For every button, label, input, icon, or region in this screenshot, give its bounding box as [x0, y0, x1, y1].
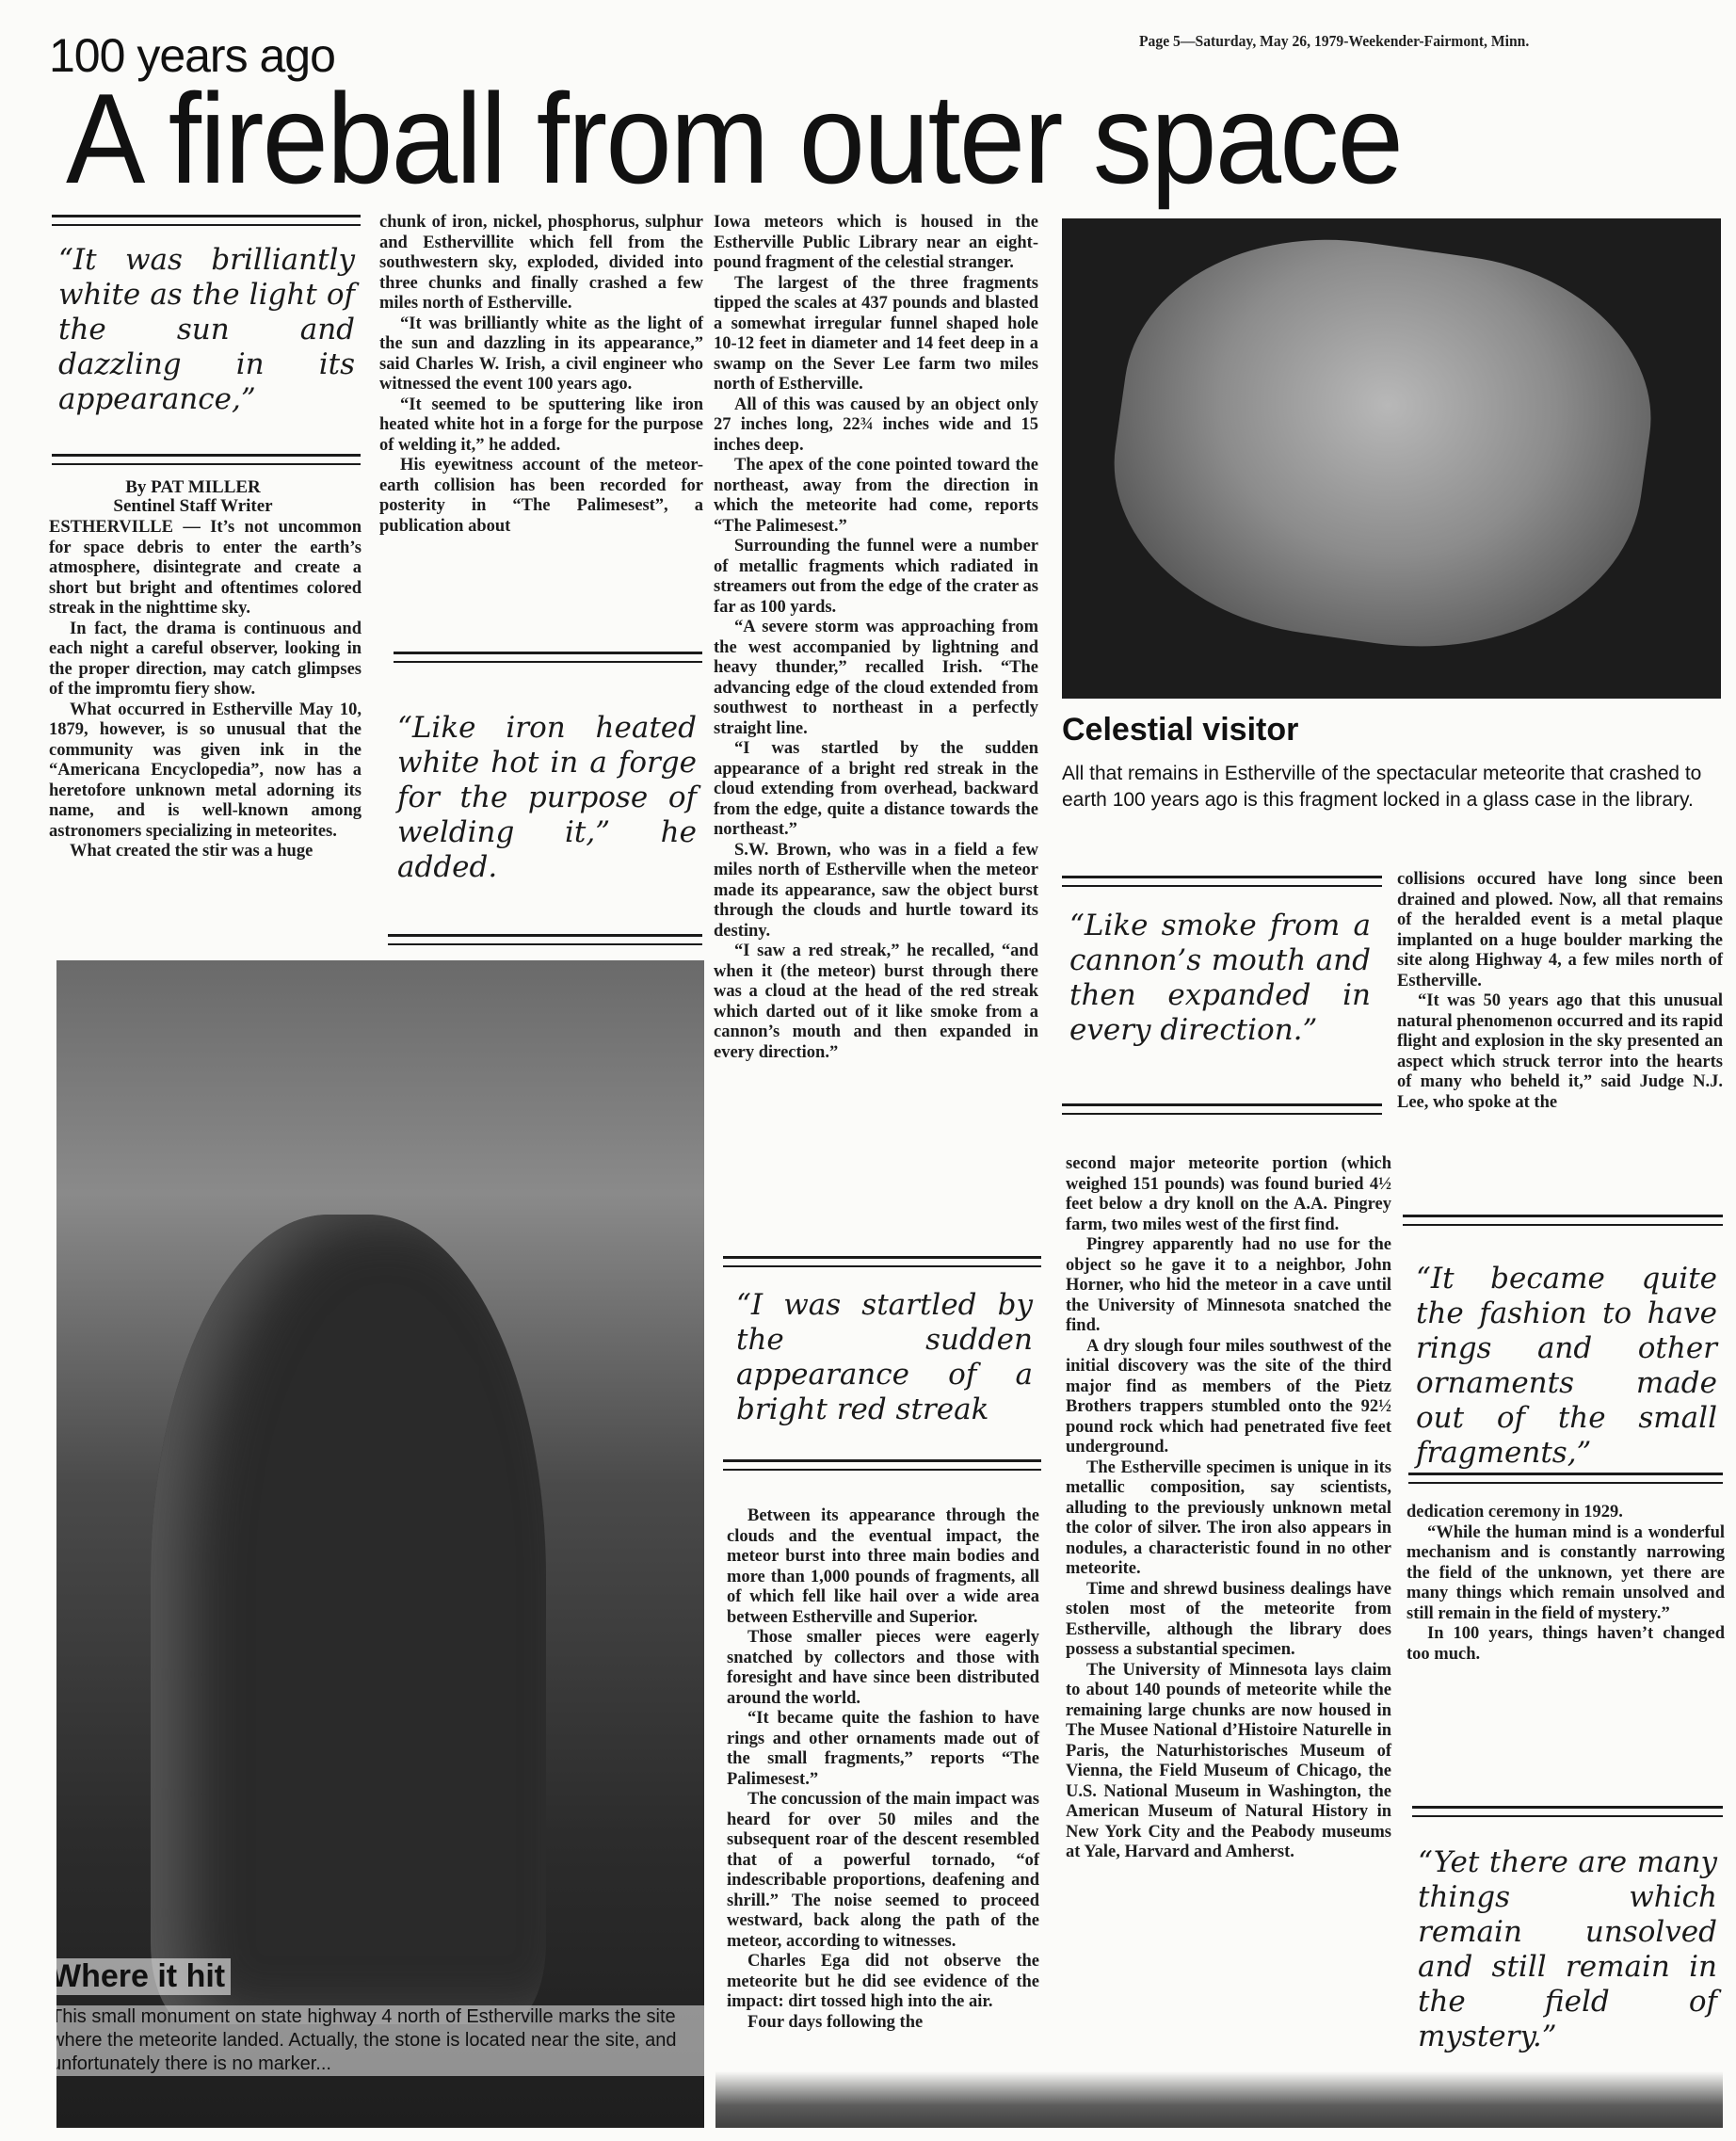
paragraph: “I was startled by the sudden appearance…	[714, 739, 1038, 841]
paragraph: “It became quite the fashion to have rin…	[727, 1709, 1039, 1790]
paragraph: Surrounding the funnel were a number of …	[714, 537, 1038, 618]
divider-rule	[52, 454, 361, 465]
divider-rule	[52, 215, 361, 226]
photo-caption-title: Where it hit	[56, 1958, 231, 1995]
article-column-4: second major meteorite portion (which we…	[1066, 1154, 1391, 1863]
paragraph: The largest of the three fragments tippe…	[714, 274, 1038, 395]
photo-caption-title: Celestial visitor	[1062, 712, 1298, 749]
article-column-1: ESTHERVILLE — It’s not uncommon for spac…	[49, 518, 362, 862]
paragraph: What created the stir was a huge	[49, 842, 362, 862]
paragraph: Iowa meteors which is housed in the Esth…	[714, 213, 1038, 274]
pull-quote-6: “Yet there are many things which remain …	[1418, 1845, 1717, 2054]
paragraph: “A severe storm was approaching from the…	[714, 618, 1038, 739]
article-column-5: collisions occured have long since been …	[1397, 870, 1723, 1113]
paragraph: Time and shrewd business dealings have s…	[1066, 1580, 1391, 1661]
byline-author: By PAT MILLER	[52, 478, 334, 497]
paragraph: collisions occured have long since been …	[1397, 870, 1723, 991]
scan-smudge	[715, 2071, 1723, 2128]
paragraph: Those smaller pieces were eagerly snatch…	[727, 1628, 1039, 1709]
paragraph: A dry slough four miles southwest of the…	[1066, 1337, 1391, 1458]
byline-title: Sentinel Staff Writer	[52, 497, 334, 516]
divider-rule	[394, 652, 702, 663]
paragraph: “It was brilliantly white as the light o…	[379, 314, 703, 395]
pull-quote-2: “Like iron heated white hot in a forge f…	[397, 711, 697, 885]
paragraph: Pingrey apparently had no use for the ob…	[1066, 1235, 1391, 1337]
paragraph: “It was 50 years ago that this unusual n…	[1397, 991, 1723, 1113]
pull-quote-4: “Like smoke from a cannon’s mouth and th…	[1069, 909, 1371, 1048]
paragraph: Four days following the	[727, 2013, 1039, 2034]
paragraph: second major meteorite portion (which we…	[1066, 1154, 1391, 1235]
pull-quote-3: “I was startled by the sudden appearance…	[736, 1288, 1033, 1427]
divider-rule	[1412, 1806, 1723, 1817]
paragraph: What occurred in Estherville May 10, 187…	[49, 700, 362, 843]
paragraph: Between its appearance through the cloud…	[727, 1506, 1039, 1628]
paragraph: “While the human mind is a wonderful mec…	[1406, 1523, 1725, 1625]
pull-quote-5: “It became quite the fashion to have rin…	[1416, 1262, 1717, 1471]
paragraph: In 100 years, things haven’t changed too…	[1406, 1624, 1725, 1665]
divider-rule	[388, 934, 702, 945]
paragraph: S.W. Brown, who was in a field a few mil…	[714, 841, 1038, 942]
meteorite-fragment	[1093, 218, 1670, 677]
pull-quote-1: “It was brilliantly white as the light o…	[58, 243, 355, 417]
divider-rule	[1062, 1103, 1382, 1115]
headline: A fireball from outer space	[66, 77, 1402, 200]
paragraph: All of this was caused by an object only…	[714, 395, 1038, 457]
paragraph: The apex of the cone pointed toward the …	[714, 456, 1038, 537]
paragraph: Charles Ega did not observe the meteorit…	[727, 1952, 1039, 2013]
monument-photo: Where it hit This small monument on stat…	[56, 960, 704, 2128]
divider-rule	[723, 1256, 1041, 1267]
divider-rule	[1403, 1215, 1723, 1226]
article-column-3: Iowa meteors which is housed in the Esth…	[714, 213, 1038, 1063]
paragraph: dedication ceremony in 1929.	[1406, 1503, 1725, 1523]
photo-caption-text: All that remains in Estherville of the s…	[1062, 761, 1721, 813]
divider-rule	[1062, 876, 1382, 887]
paragraph: In fact, the drama is continuous and eac…	[49, 620, 362, 700]
paragraph: The concussion of the main impact was he…	[727, 1790, 1039, 1952]
divider-rule	[1408, 1473, 1723, 1484]
paragraph: ESTHERVILLE — It’s not uncommon for spac…	[49, 518, 362, 620]
boulder-shape	[151, 1215, 546, 2024]
paragraph: His eyewitness account of the meteor-ear…	[379, 456, 703, 537]
article-column-2: chunk of iron, nickel, phosphorus, sulph…	[379, 213, 703, 537]
paragraph: The Estherville specimen is unique in it…	[1066, 1458, 1391, 1580]
paragraph: The University of Minnesota lays claim t…	[1066, 1661, 1391, 1863]
paragraph: chunk of iron, nickel, phosphorus, sulph…	[379, 213, 703, 314]
paragraph: “I saw a red streak,” he recalled, “and …	[714, 942, 1038, 1063]
meteorite-photo	[1062, 218, 1721, 699]
paragraph: “It seemed to be sputtering like iron he…	[379, 395, 703, 457]
divider-rule	[723, 1459, 1041, 1471]
photo-caption-text: This small monument on state highway 4 n…	[56, 2005, 704, 2076]
article-column-5-continued: dedication ceremony in 1929. “While the …	[1406, 1503, 1725, 1665]
page-dateline: Page 5—Saturday, May 26, 1979-Weekender-…	[1139, 32, 1529, 51]
article-column-3-continued: Between its appearance through the cloud…	[727, 1506, 1039, 2033]
byline: By PAT MILLER Sentinel Staff Writer	[52, 478, 334, 516]
